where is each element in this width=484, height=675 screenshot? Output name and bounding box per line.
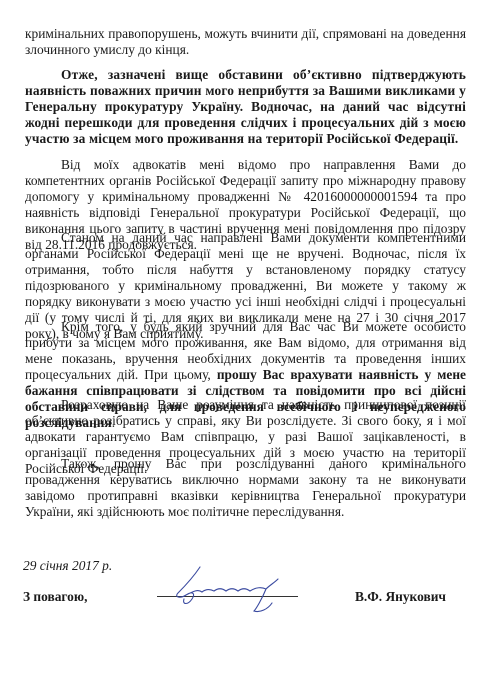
closing-salutation: З повагою, [23, 589, 87, 605]
paragraph-text: Також, прошу Вас при розслідуванні даног… [25, 456, 466, 520]
signer-name: В.Ф. Янукович [355, 589, 446, 605]
signature-icon [170, 565, 290, 615]
paragraph-text: Отже, зазначені вище обставини об’єктивн… [25, 67, 466, 147]
paragraph-text: кримінальних правопорушень, можуть вчини… [25, 26, 466, 58]
paragraph-continuation: кримінальних правопорушень, можуть вчини… [25, 26, 466, 58]
paragraph-final-request: Також, прошу Вас при розслідуванні даног… [25, 456, 466, 520]
letter-date: 29 січня 2017 р. [23, 558, 112, 574]
paragraph-justification: Отже, зазначені вище обставини об’єктивн… [25, 67, 466, 147]
